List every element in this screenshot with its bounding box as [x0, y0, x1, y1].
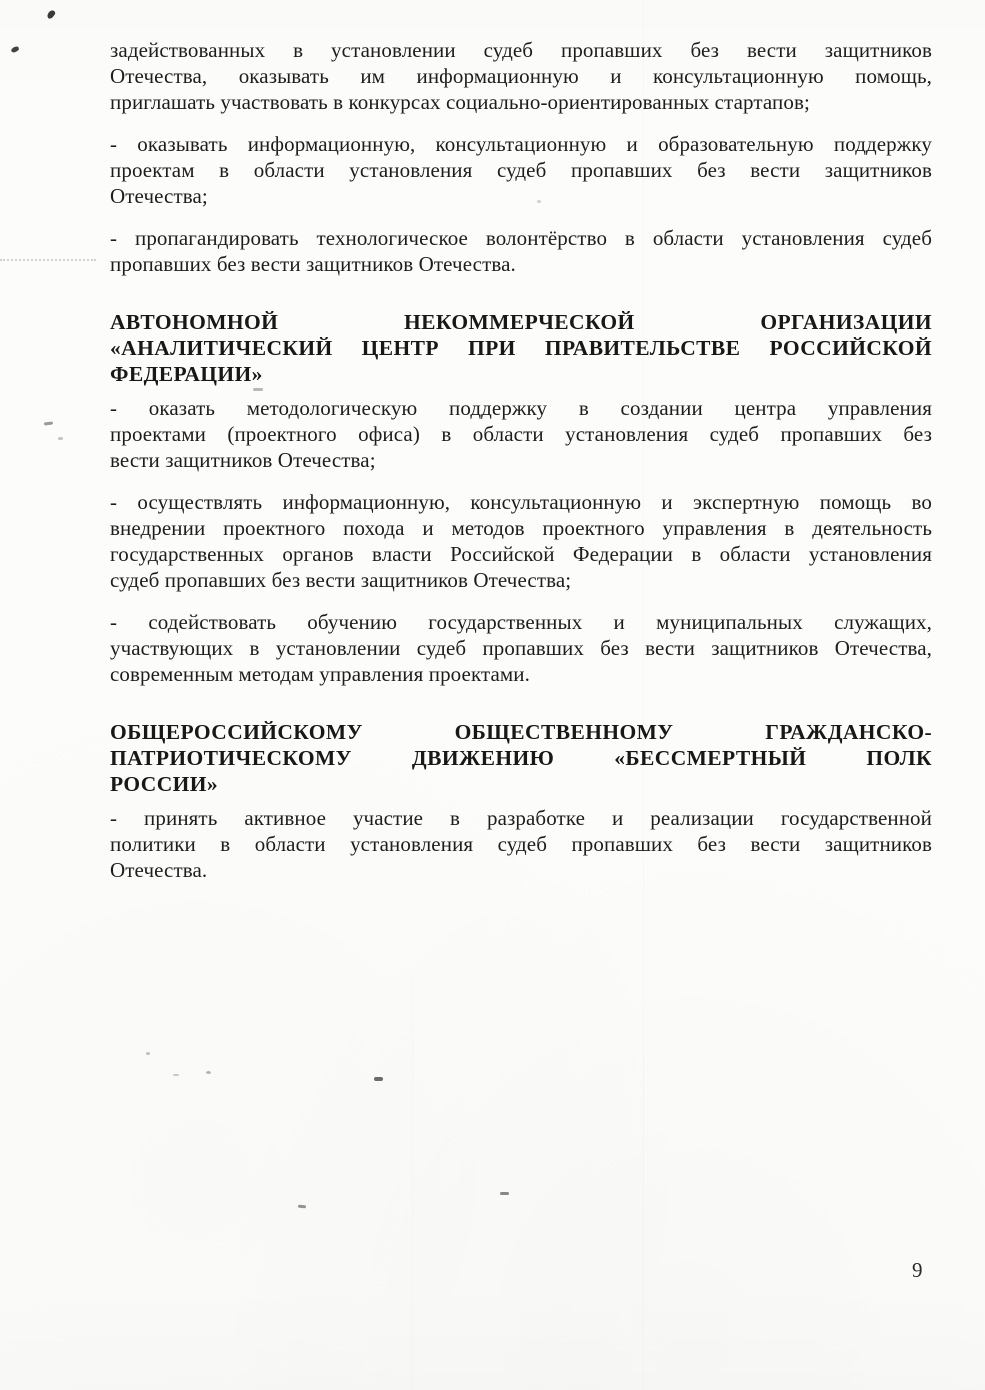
paragraph-line: приглашать участвовать в конкурсах социа… [110, 89, 932, 115]
scan-speck [46, 9, 56, 20]
paragraph: - пропагандировать технологическое волон… [110, 225, 932, 277]
paragraph: - принять активное участие в разработке … [110, 805, 932, 883]
scan-speck [10, 46, 19, 53]
scan-speck [146, 1052, 150, 1055]
heading-line: ПАТРИОТИЧЕСКОМУ ДВИЖЕНИЮ «БЕССМЕРТНЫЙ ПО… [110, 745, 932, 771]
paragraph-line: Отечества; [110, 183, 932, 209]
paragraph-line: проектами (проектного офиса) в области у… [110, 421, 932, 447]
paragraph-line: задействованных в установлении судеб про… [110, 37, 932, 63]
paragraph-line: политики в области установления судеб пр… [110, 831, 932, 857]
section-heading: ОБЩЕРОССИЙСКОМУ ОБЩЕСТВЕННОМУ ГРАЖДАНСКО… [110, 719, 932, 797]
paragraph-line: вести защитников Отечества; [110, 447, 932, 473]
scan-speck [44, 421, 53, 425]
scan-speck [173, 1074, 179, 1076]
paragraph: - оказать методологическую поддержку в с… [110, 395, 932, 473]
paragraph-line: пропавших без вести защитников Отечества… [110, 251, 932, 277]
heading-line: АВТОНОМНОЙ НЕКОММЕРЧЕСКОЙ ОРГАНИЗАЦИИ [110, 309, 932, 335]
paragraph-line: современным методам управления проектами… [110, 661, 932, 687]
heading-line: РОССИИ» [110, 771, 932, 797]
scan-speck [206, 1071, 211, 1074]
paragraph-line: - принять активное участие в разработке … [110, 805, 932, 831]
paragraph-line: Отечества. [110, 857, 932, 883]
paragraph-line: проектам в области установления судеб пр… [110, 157, 932, 183]
heading-line: ФЕДЕРАЦИИ» [110, 361, 932, 387]
paragraph-line: судеб пропавших без вести защитников Оте… [110, 567, 932, 593]
paragraph-line: внедрении проектного похода и методов пр… [110, 515, 932, 541]
paragraph-line: - осуществлять информационную, консульта… [110, 489, 932, 515]
paragraph-line: - оказывать информационную, консультацио… [110, 131, 932, 157]
heading-line: «АНАЛИТИЧЕСКИЙ ЦЕНТР ПРИ ПРАВИТЕЛЬСТВЕ Р… [110, 335, 932, 361]
document-body: задействованных в установлении судеб про… [110, 37, 932, 899]
paragraph: задействованных в установлении судеб про… [110, 37, 932, 115]
page-number: 9 [912, 1258, 923, 1283]
paragraph: - оказывать информационную, консультацио… [110, 131, 932, 209]
paragraph-line: - оказать методологическую поддержку в с… [110, 395, 932, 421]
paragraph-line: - содействовать обучению государственных… [110, 609, 932, 635]
scan-speck [374, 1077, 383, 1081]
heading-line: ОБЩЕРОССИЙСКОМУ ОБЩЕСТВЕННОМУ ГРАЖДАНСКО… [110, 719, 932, 745]
document-page: задействованных в установлении судеб про… [0, 0, 985, 1390]
paragraph-line: - пропагандировать технологическое волон… [110, 225, 932, 251]
paragraph: - содействовать обучению государственных… [110, 609, 932, 687]
scan-streak [412, 980, 413, 1390]
scan-speck [58, 437, 63, 440]
scan-speck [298, 1205, 306, 1209]
scan-speck [500, 1192, 509, 1195]
paragraph-line: государственных органов власти Российско… [110, 541, 932, 567]
section-heading: АВТОНОМНОЙ НЕКОММЕРЧЕСКОЙ ОРГАНИЗАЦИИ«АН… [110, 309, 932, 387]
scan-speck [0, 259, 96, 261]
paragraph: - осуществлять информационную, консульта… [110, 489, 932, 593]
paragraph-line: участвующих в установлении судеб пропавш… [110, 635, 932, 661]
paragraph-line: Отечества, оказывать им информационную и… [110, 63, 932, 89]
